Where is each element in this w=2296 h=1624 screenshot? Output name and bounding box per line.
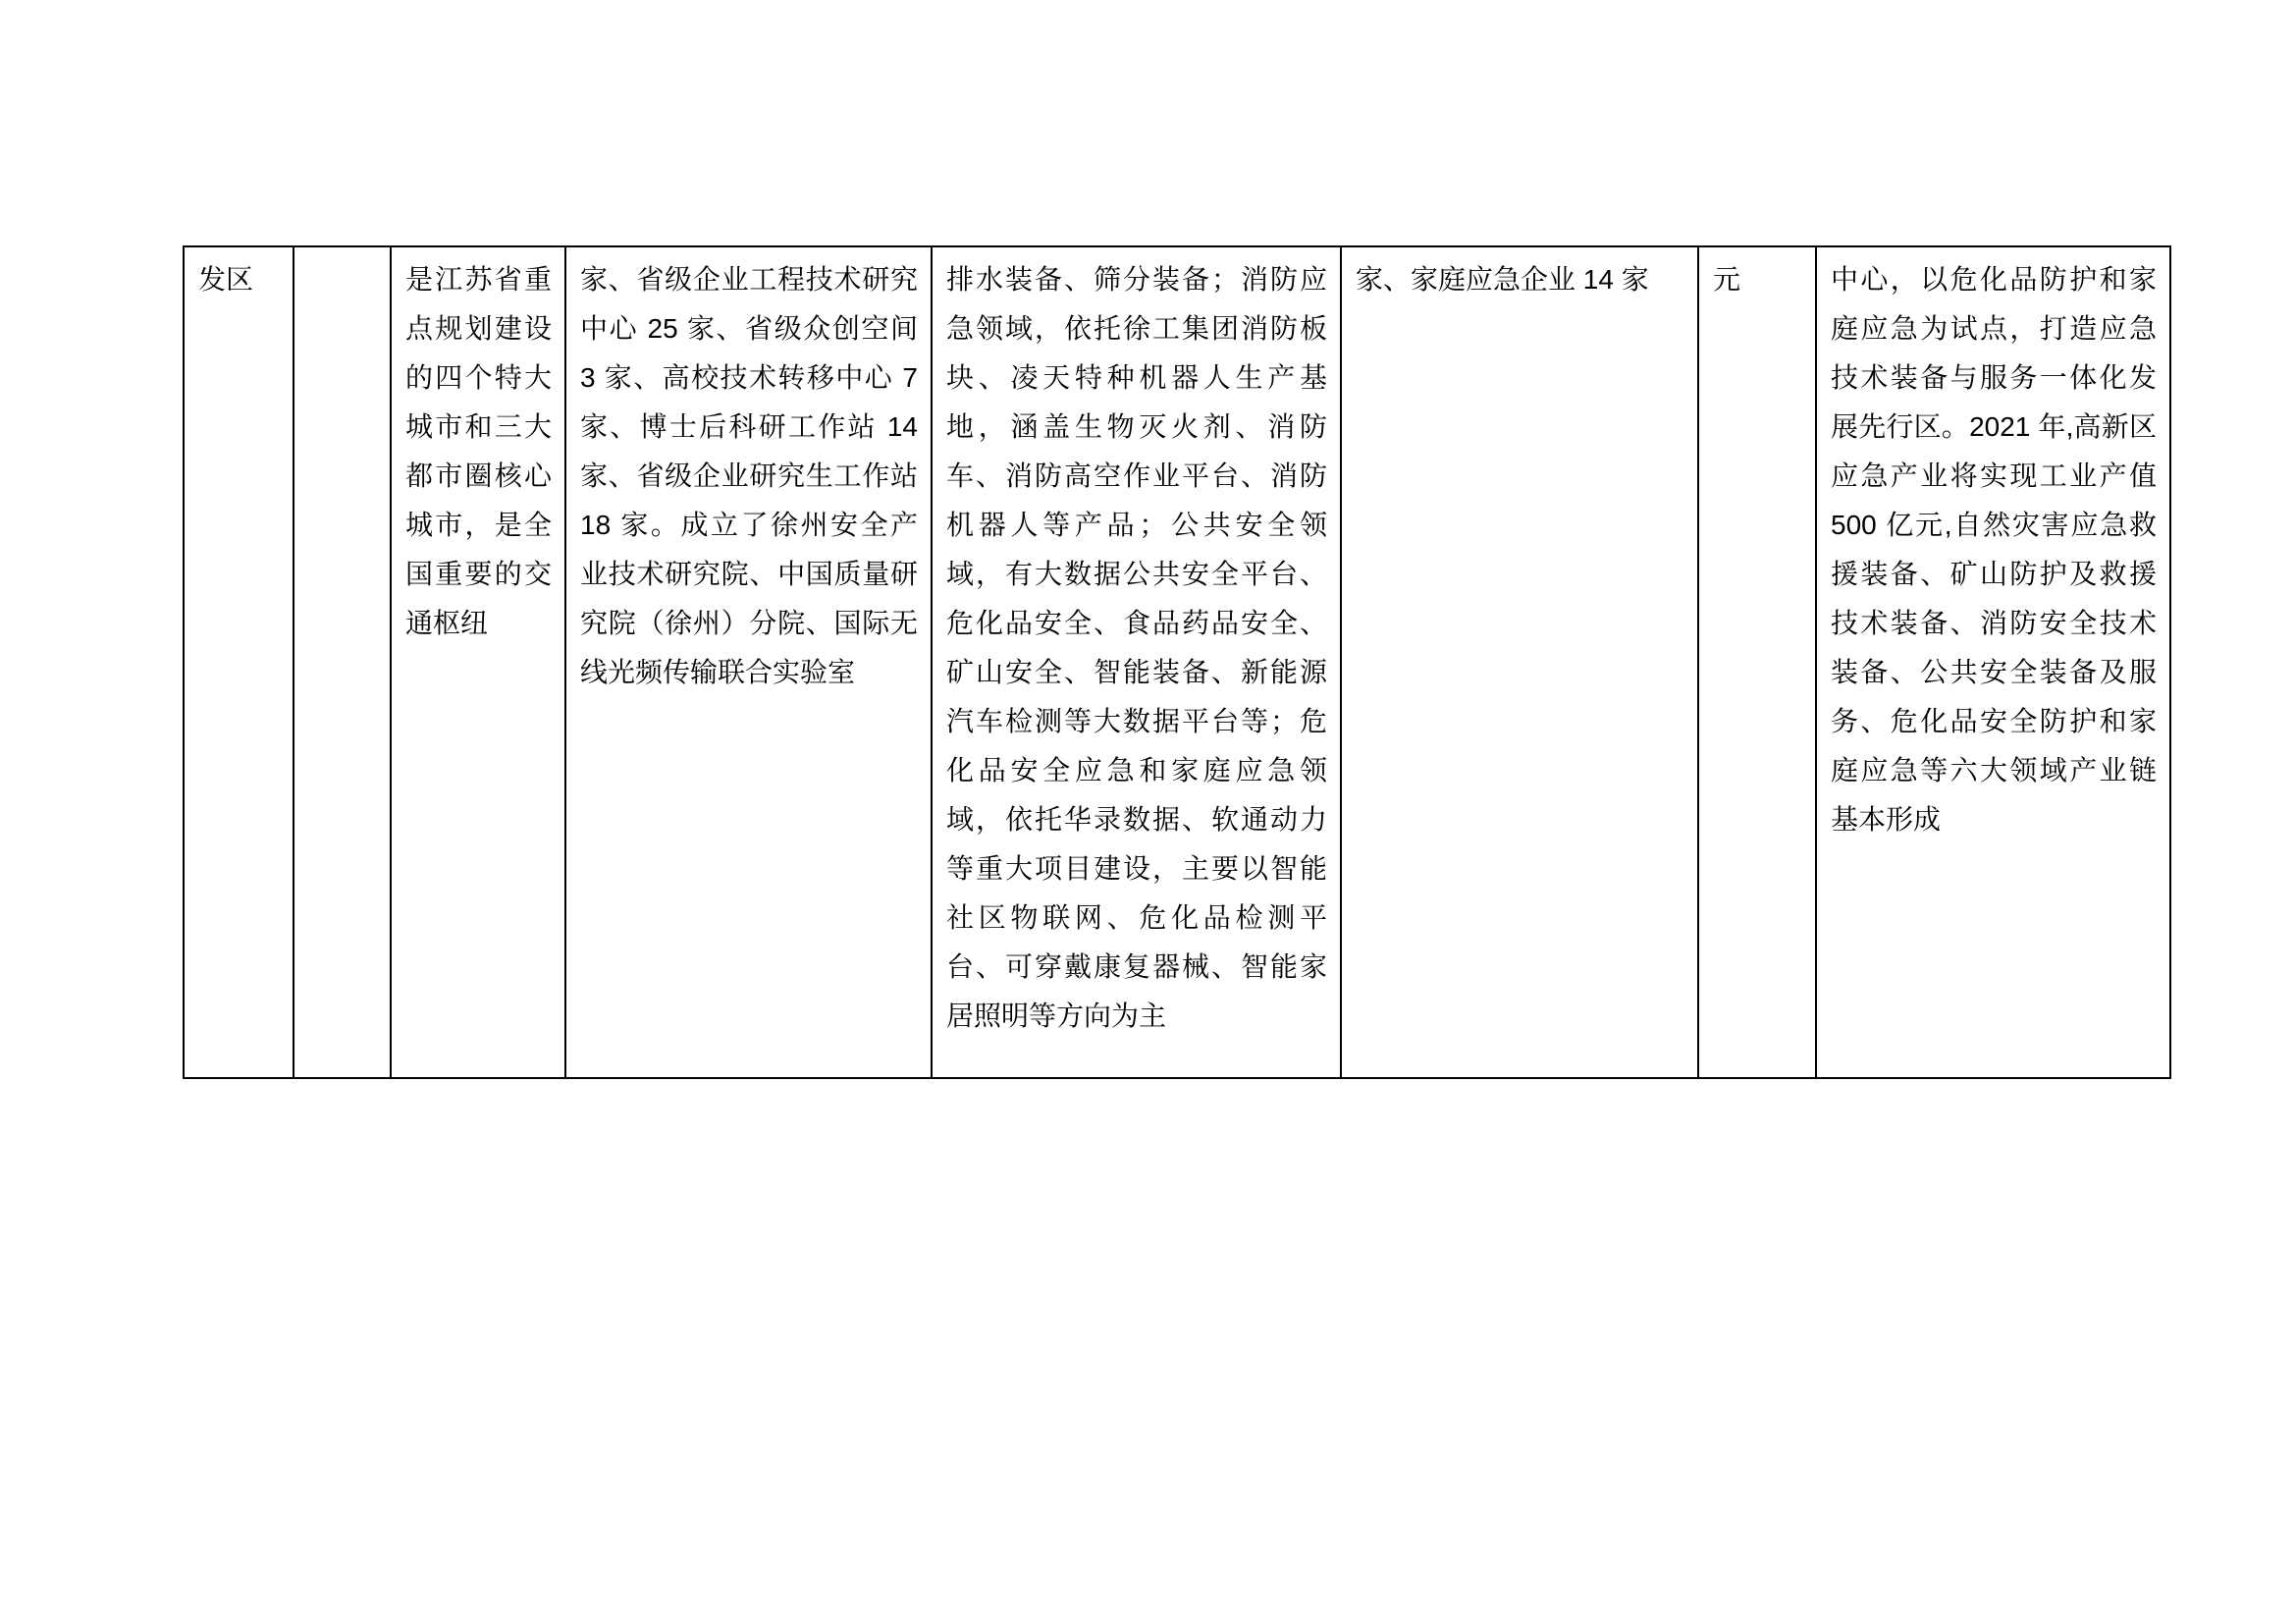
cell-empty <box>294 246 391 1078</box>
cell-city-positioning: 是江苏省重点规划建设的四个特大城市和三大都市圈核心城市，是全国重要的交通枢纽 <box>391 246 565 1078</box>
data-table: 发区 是江苏省重点规划建设的四个特大城市和三大都市圈核心城市，是全国重要的交通枢… <box>183 245 2171 1079</box>
cell-unit-continuation: 元 <box>1698 246 1816 1078</box>
cell-zone-name-continuation: 发区 <box>184 246 294 1078</box>
table-row: 发区 是江苏省重点规划建设的四个特大城市和三大都市圈核心城市，是全国重要的交通枢… <box>184 246 2170 1078</box>
cell-enterprise-count-continuation: 家、家庭应急企业 14 家 <box>1341 246 1698 1078</box>
cell-development-plan: 中心，以危化品防护和家庭应急为试点，打造应急技术装备与服务一体化发展先行区。20… <box>1816 246 2170 1078</box>
cell-innovation-platforms: 家、省级企业工程技术研究中心 25 家、省级众创空间 3 家、高校技术转移中心 … <box>565 246 932 1078</box>
document-page: 发区 是江苏省重点规划建设的四个特大城市和三大都市圈核心城市，是全国重要的交通枢… <box>0 0 2296 1624</box>
cell-industry-fields: 排水装备、筛分装备；消防应急领域，依托徐工集团消防板块、凌天特种机器人生产基地，… <box>932 246 1341 1078</box>
